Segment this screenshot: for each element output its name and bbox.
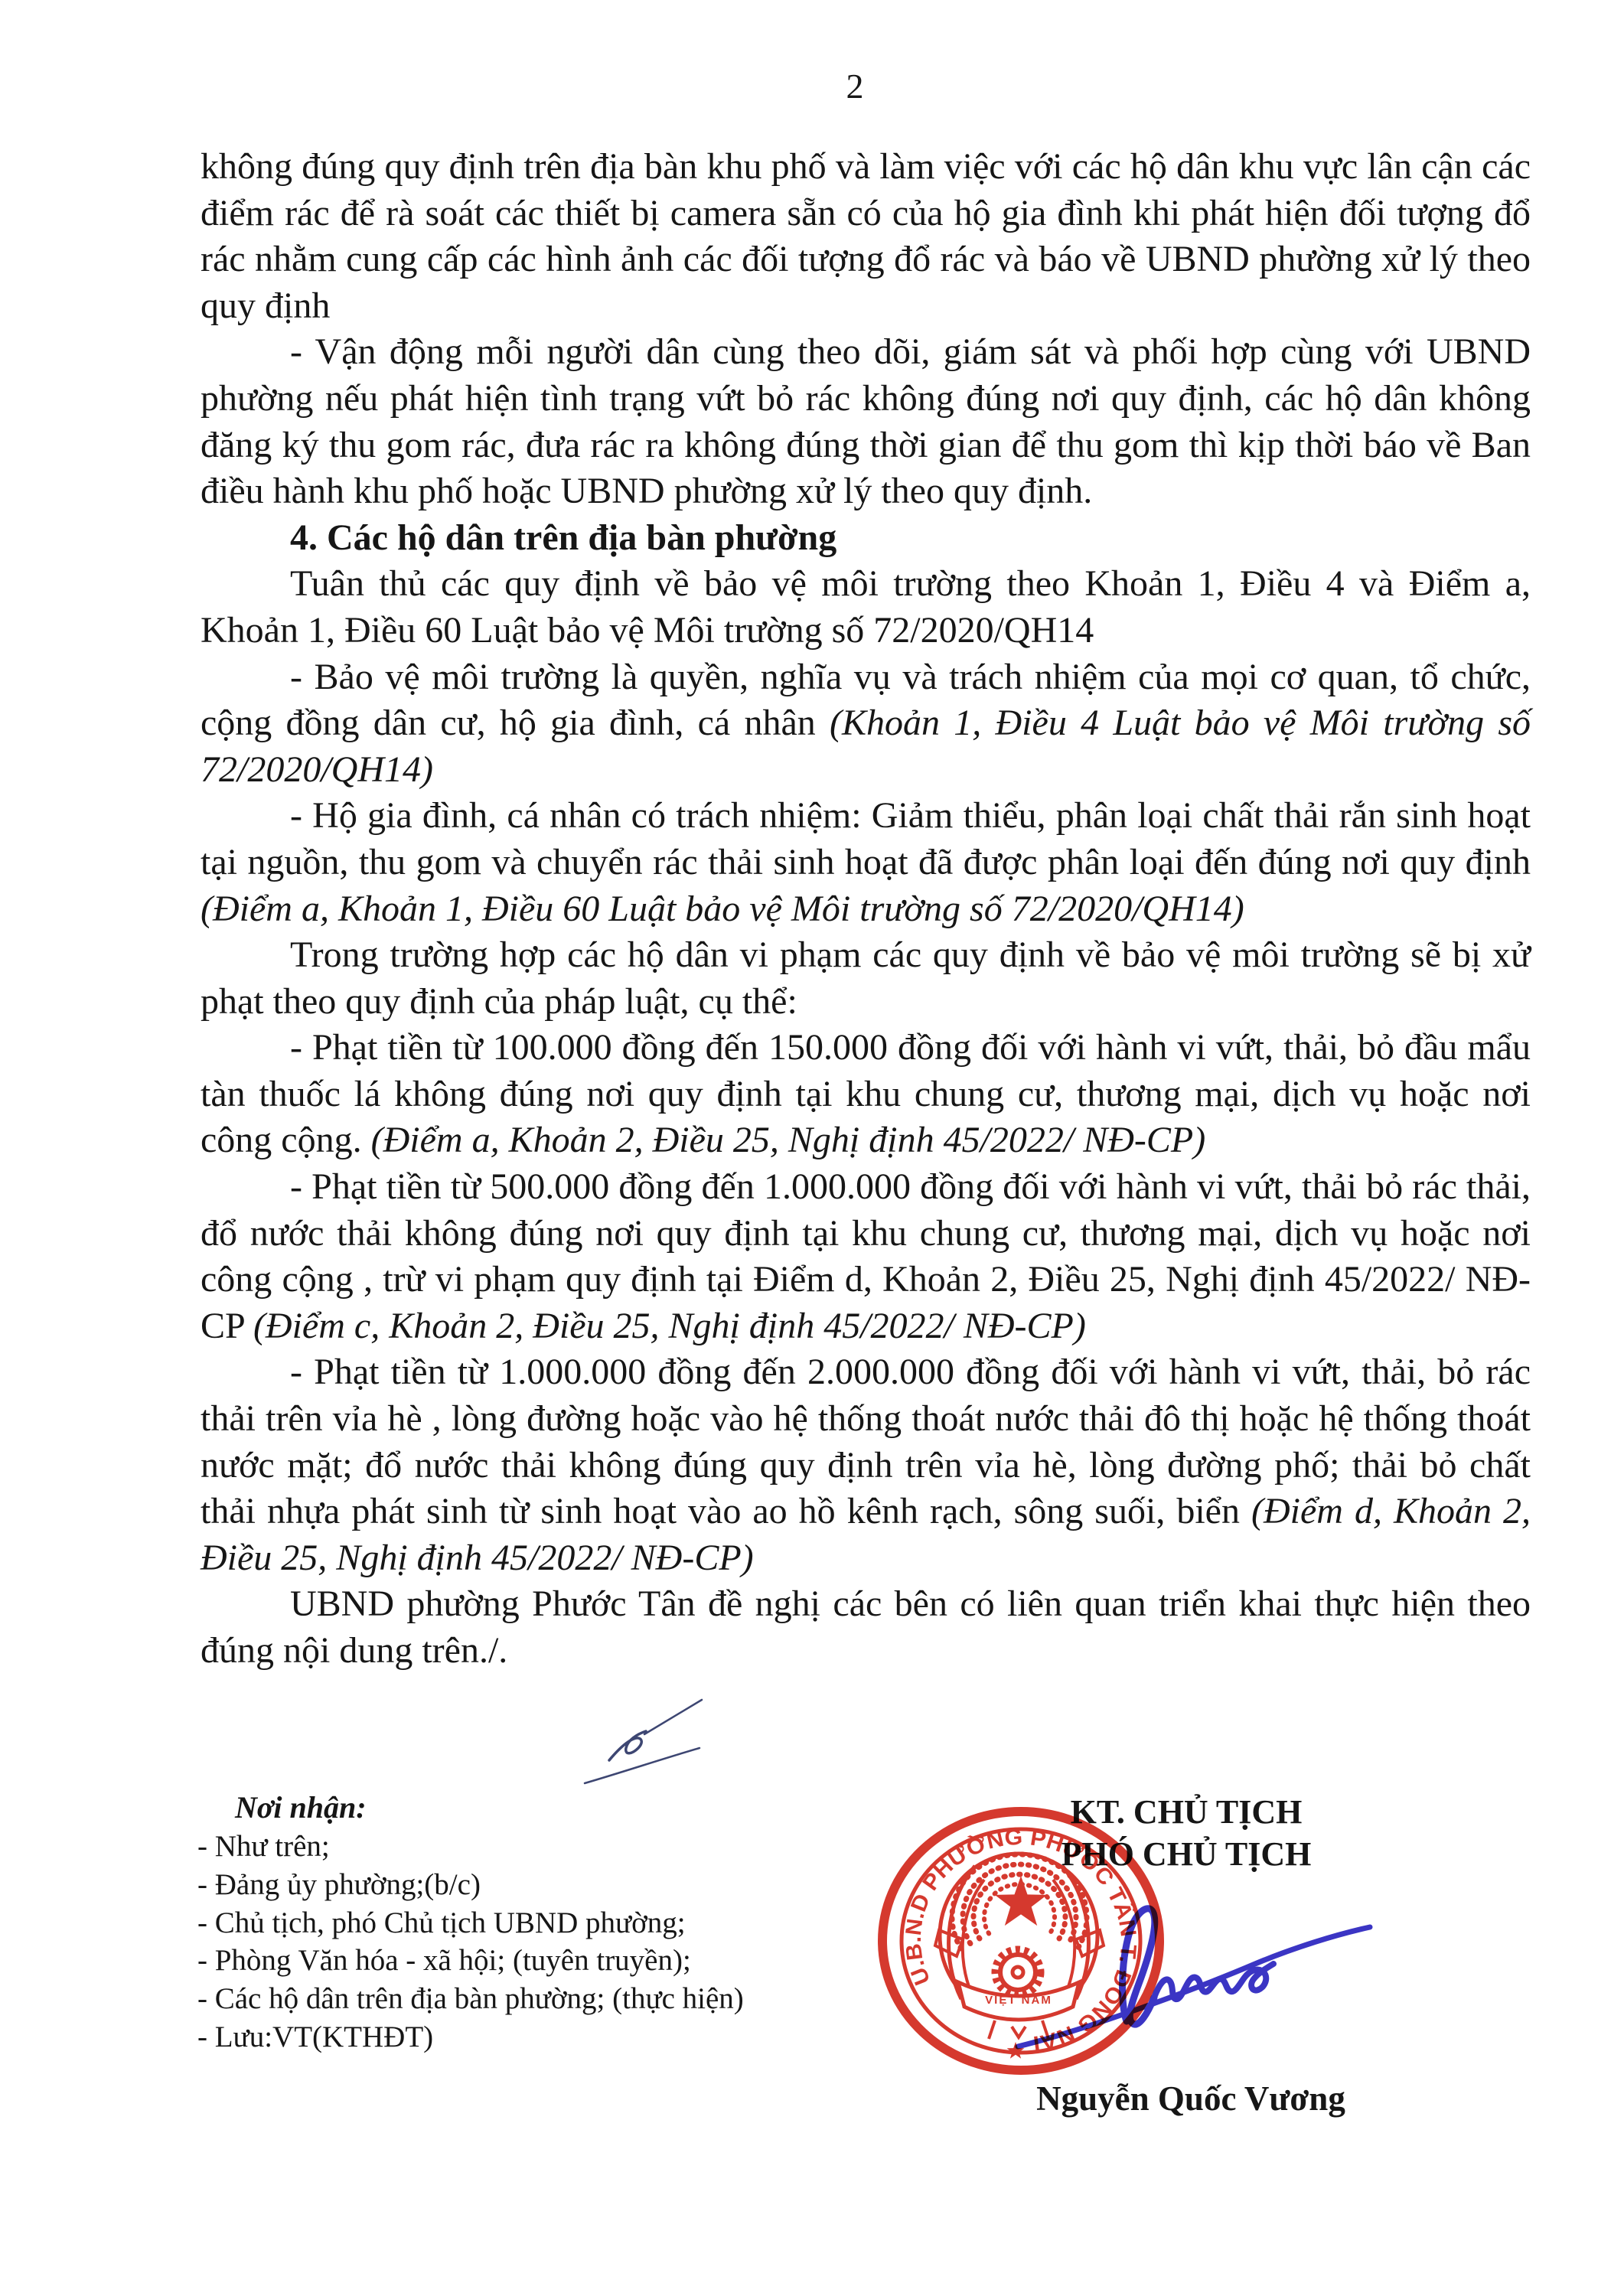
- paragraph-run: Tuân thủ các quy định về bảo vệ môi trườ…: [201, 563, 1531, 651]
- signature-title-line2: PHÓ CHỦ TỊCH: [990, 1833, 1382, 1875]
- legal-citation: (Điểm c, Khoản 2, Điều 25, Nghị định 45/…: [253, 1306, 1086, 1346]
- body-text: không đúng quy định trên địa bàn khu phố…: [201, 144, 1531, 1675]
- body-paragraph: - Phạt tiền từ 1.000.000 đồng đến 2.000.…: [201, 1349, 1531, 1581]
- page-number: 2: [190, 66, 1520, 107]
- body-paragraph: - Phạt tiền từ 100.000 đồng đến 150.000 …: [201, 1025, 1531, 1164]
- handwritten-signature: [1018, 1909, 1370, 2047]
- legal-citation: (Điểm a, Khoản 1, Điều 60 Luật bảo vệ Mô…: [201, 889, 1244, 929]
- legal-citation: (Điểm a, Khoản 2, Điều 25, Nghị định 45/…: [371, 1120, 1206, 1160]
- recipient-item: - Lưu:VT(KTHĐT): [197, 2018, 744, 2056]
- document-page: 2 không đúng quy định trên địa bàn khu p…: [0, 0, 1624, 2296]
- emblem-wreath-stems: [935, 1866, 1104, 1999]
- body-paragraph: Trong trường hợp các hộ dân vi phạm các …: [201, 932, 1531, 1025]
- signer-name: Nguyễn Quốc Vương: [990, 2077, 1391, 2120]
- recipients-title: Nơi nhận:: [235, 1789, 367, 1827]
- body-paragraph: UBND phường Phước Tân đề nghị các bên có…: [201, 1581, 1531, 1674]
- emblem-star-icon: [995, 1876, 1047, 1926]
- paragraph-run: không đúng quy định trên địa bàn khu phố…: [201, 146, 1531, 326]
- recipient-item: - Như trên;: [197, 1828, 744, 1866]
- recipient-item: - Đảng ủy phường;(b/c): [197, 1866, 744, 1904]
- signature-title: KT. CHỦ TỊCH PHÓ CHỦ TỊCH: [990, 1791, 1382, 1875]
- paragraph-run: - Vận động mỗi người dân cùng theo dõi, …: [201, 331, 1531, 511]
- pen-flourish: [585, 1700, 702, 1783]
- recipients-list: - Như trên;- Đảng ủy phường;(b/c)- Chủ t…: [197, 1828, 744, 2056]
- signature-title-line1: KT. CHỦ TỊCH: [990, 1791, 1382, 1833]
- body-paragraph: - Vận động mỗi người dân cùng theo dõi, …: [201, 329, 1531, 514]
- paragraph-run: Trong trường hợp các hộ dân vi phạm các …: [201, 934, 1531, 1022]
- paragraph-run: - Hộ gia đình, cá nhân có trách nhiệm: G…: [201, 795, 1531, 882]
- paragraph-run: 4. Các hộ dân trên địa bàn phường: [290, 517, 836, 558]
- emblem-cog-icon: [995, 1949, 1041, 1995]
- body-paragraph: không đúng quy định trên địa bàn khu phố…: [201, 144, 1531, 329]
- body-paragraph: - Bảo vệ môi trường là quyền, nghĩa vụ v…: [201, 654, 1531, 794]
- body-paragraph: - Hộ gia đình, cá nhân có trách nhiệm: G…: [201, 793, 1531, 932]
- body-paragraph: 4. Các hộ dân trên địa bàn phường: [201, 515, 1531, 562]
- paragraph-run: UBND phường Phước Tân đề nghị các bên có…: [201, 1583, 1531, 1671]
- recipient-item: - Phòng Văn hóa - xã hội; (tuyên truyền)…: [197, 1942, 744, 1980]
- stamp-center-text: VIỆT NAM: [985, 1993, 1052, 2007]
- emblem-banner: VIỆT NAM: [958, 1982, 1079, 2039]
- recipient-item: - Các hộ dân trên địa bàn phường; (thực …: [197, 1980, 744, 2018]
- recipient-item: - Chủ tịch, phó Chủ tịch UBND phường;: [197, 1904, 744, 1942]
- body-paragraph: Tuân thủ các quy định về bảo vệ môi trườ…: [201, 561, 1531, 654]
- body-paragraph: - Phạt tiền từ 500.000 đồng đến 1.000.00…: [201, 1164, 1531, 1349]
- stamp-bottom-star-icon: [1007, 2042, 1025, 2059]
